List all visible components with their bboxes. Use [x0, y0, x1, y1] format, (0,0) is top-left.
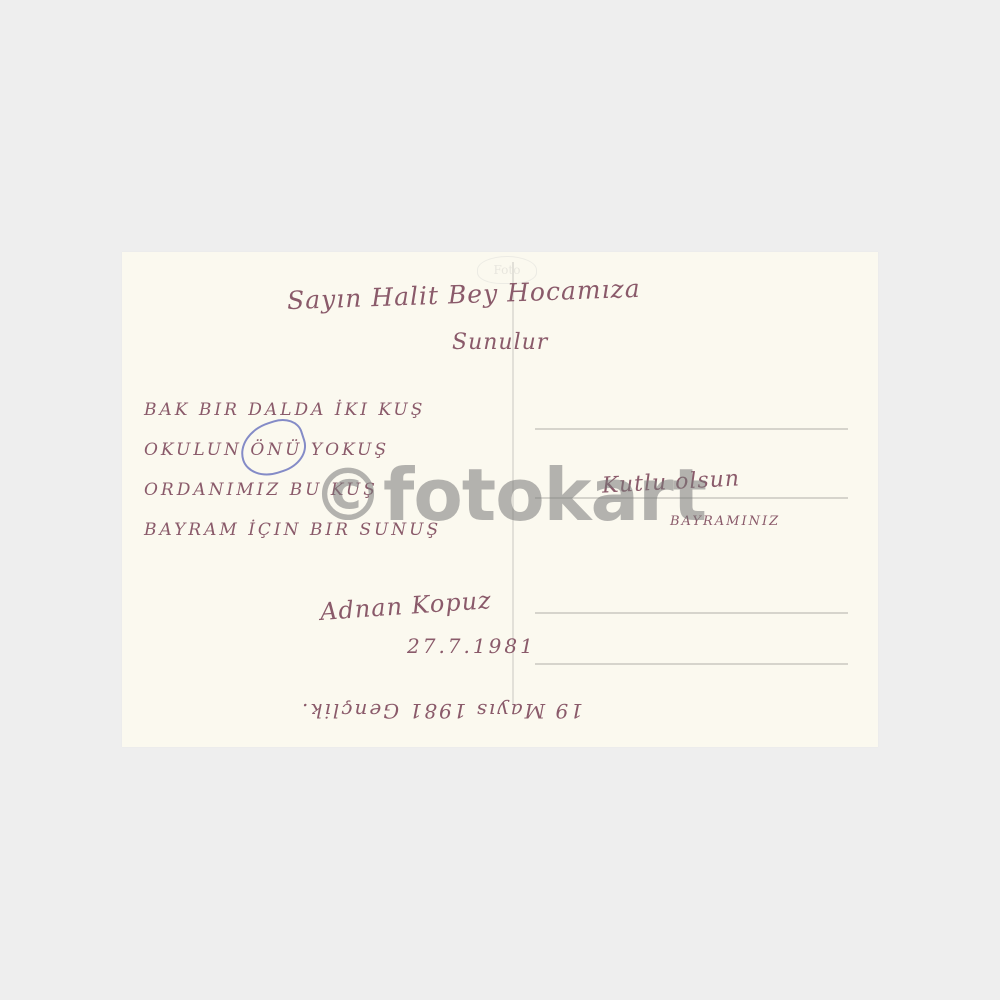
message-line: Bak Bir Dalda İki Kuş — [144, 400, 425, 420]
address-line-1 — [535, 428, 848, 430]
wish-line-1: Kutlu olsun — [601, 466, 740, 498]
greeting-line-1: Sayın Halit Bey Hocamıza — [287, 274, 641, 315]
upside-down-note: 19 Mayıs 1981 Gençlik. — [300, 699, 583, 723]
address-line-3 — [535, 612, 848, 614]
message-line: Bayram İçin Bir Sunuş — [144, 520, 441, 540]
greeting-line-2: Sunulur — [452, 330, 548, 355]
address-line-4 — [535, 663, 848, 665]
signature-date: 27.7.1981 — [407, 634, 536, 658]
message-line: Ordanımız Bu Kuş — [144, 480, 378, 500]
postcard-back: Foto Sayın Halit Bey Hocamıza Sunulur Ba… — [122, 252, 878, 747]
wish-line-2: Bayramınız — [670, 514, 780, 529]
signature: Adnan Kopuz — [319, 586, 492, 626]
blue-ink-circle-mark — [234, 413, 313, 483]
address-line-2 — [535, 497, 848, 499]
